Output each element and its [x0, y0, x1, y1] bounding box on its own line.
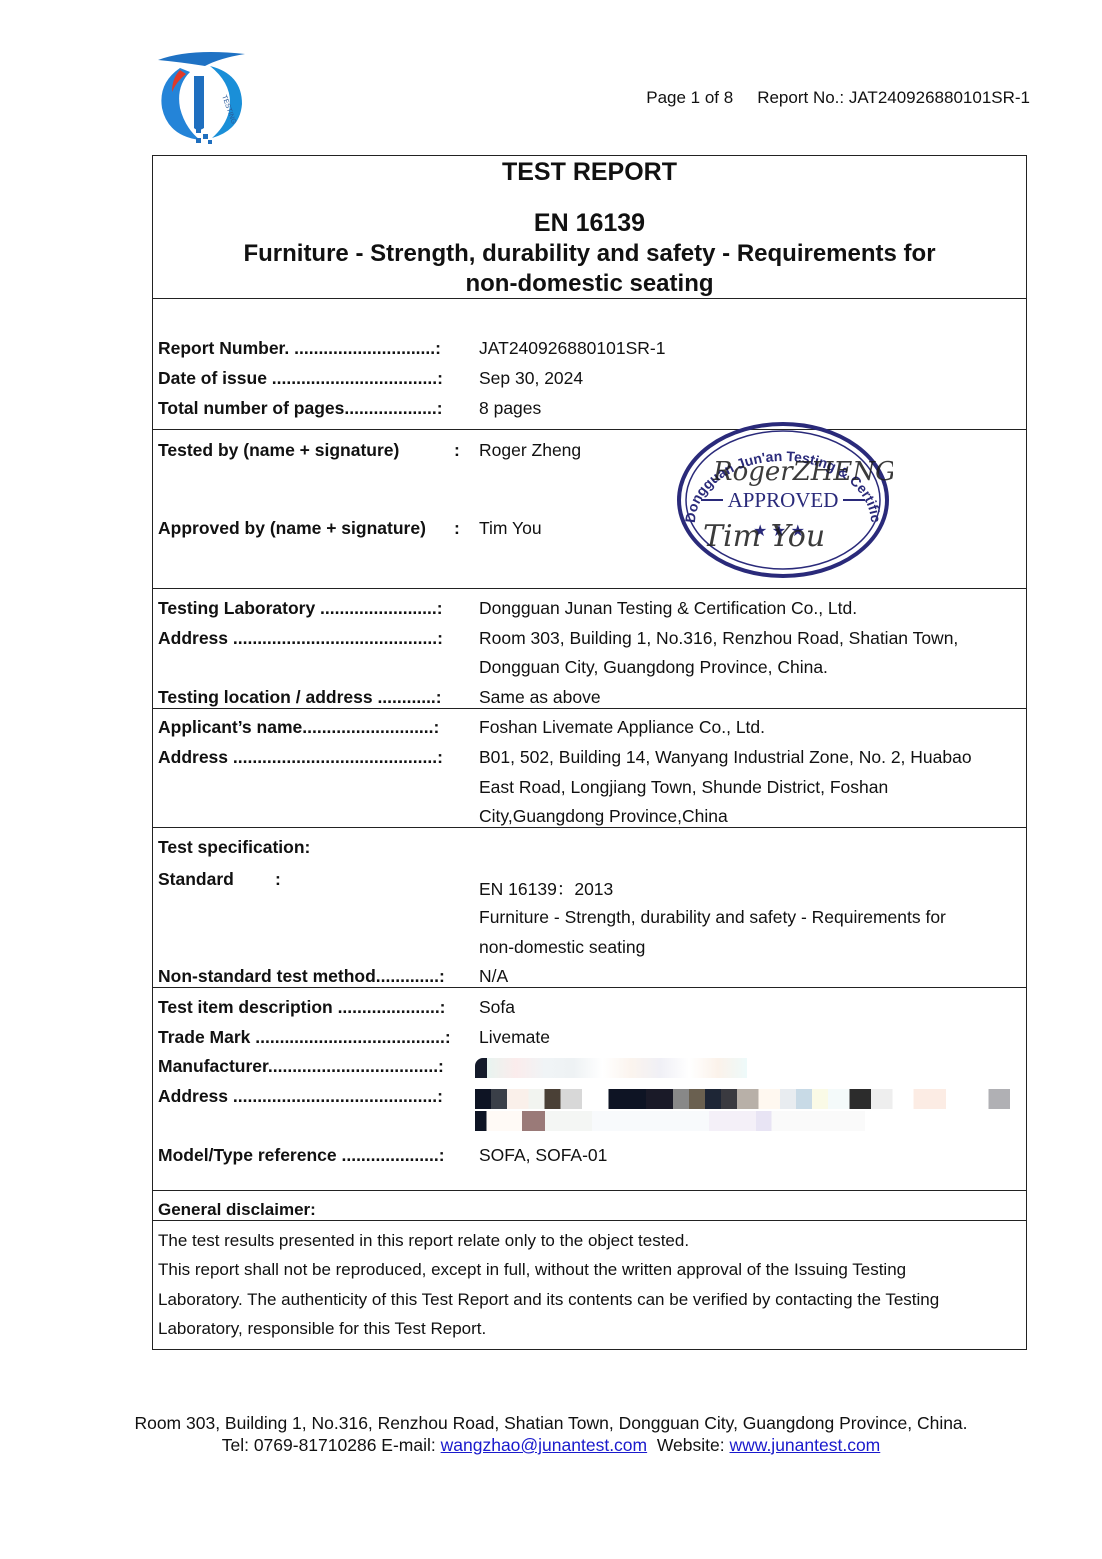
model-label: Model/Type reference ...................… — [158, 1145, 445, 1166]
applicant-address-label: Address ................................… — [158, 747, 443, 768]
approved-by-value: Tim You — [479, 518, 542, 539]
pages-label: Total number of pages...................… — [158, 398, 443, 419]
disclaimer-heading: General disclaimer: — [158, 1200, 316, 1220]
footer-address: Room 303, Building 1, No.316, Renzhou Ro… — [0, 1412, 1102, 1434]
applicant-address-line1: B01, 502, Building 14, Wanyang Industria… — [479, 747, 972, 768]
standard-title: EN 16139 — [153, 209, 1026, 238]
page-header: Page 1 of 8Report No.: JAT240926880101SR… — [646, 88, 1030, 108]
svg-text:APPROVED: APPROVED — [728, 488, 839, 512]
standard-label: Standard — [158, 869, 234, 890]
divider — [153, 827, 1026, 828]
divider — [153, 588, 1026, 589]
disclaimer-line4: Laboratory, responsible for this Test Re… — [158, 1319, 486, 1339]
applicant-label: Applicant’s name........................… — [158, 717, 439, 738]
model-value: SOFA, SOFA-01 — [479, 1145, 607, 1166]
company-logo-icon: TESTING — [150, 48, 255, 148]
location-value: Same as above — [479, 687, 601, 708]
nonstandard-label: Non-standard test method.............: — [158, 966, 445, 987]
footer-tel: Tel: 0769-81710286 E-mail: — [222, 1435, 436, 1455]
colon: : — [454, 440, 460, 461]
svg-text:Tim You: Tim You — [703, 519, 825, 554]
report-number-value: JAT240926880101SR-1 — [479, 338, 665, 359]
tested-by-value: Roger Zheng — [479, 440, 581, 461]
trademark-label: Trade Mark .............................… — [158, 1027, 451, 1048]
website-link[interactable]: www.junantest.com — [730, 1435, 881, 1455]
item-description-label: Test item description ..................… — [158, 997, 446, 1018]
disclaimer-line1: The test results presented in this repor… — [158, 1231, 689, 1251]
standard-subtitle: Furniture - Strength, durability and saf… — [153, 239, 1026, 299]
standard-title-line1: Furniture - Strength, durability and saf… — [479, 907, 946, 928]
email-link[interactable]: wangzhao@junantest.com — [441, 1435, 648, 1455]
applicant-address-line2: East Road, Longjiang Town, Shunde Distri… — [479, 777, 888, 798]
manufacturer-address-label: Address ................................… — [158, 1086, 443, 1107]
colon: : — [275, 869, 281, 890]
location-label: Testing location / address ............: — [158, 687, 442, 708]
specification-heading: Test specification: — [158, 837, 310, 858]
tested-by-label: Tested by (name + signature) — [158, 440, 399, 461]
lab-address-line1: Room 303, Building 1, No.316, Renzhou Ro… — [479, 628, 958, 649]
divider — [153, 429, 1026, 430]
divider — [153, 1190, 1026, 1191]
website-label: Website: — [657, 1435, 725, 1455]
lab-label: Testing Laboratory .....................… — [158, 598, 443, 619]
page-number: Page 1 of 8 — [646, 88, 733, 107]
standard-title-line2: non-domestic seating — [479, 937, 645, 958]
divider — [153, 708, 1026, 709]
disclaimer-line3: Laboratory. The authenticity of this Tes… — [158, 1290, 939, 1310]
svg-text:RogerZHENG: RogerZHENG — [712, 457, 893, 487]
report-title: TEST REPORT — [153, 158, 1026, 187]
approved-by-label: Approved by (name + signature) — [158, 518, 426, 539]
colon: : — [454, 518, 460, 539]
nonstandard-value: N/A — [479, 966, 508, 987]
report-number-label: Report Number. .........................… — [158, 338, 441, 359]
divider — [153, 987, 1026, 988]
manufacturer-label: Manufacturer............................… — [158, 1056, 444, 1077]
applicant-value: Foshan Livemate Appliance Co., Ltd. — [479, 717, 765, 738]
date-label: Date of issue ..........................… — [158, 368, 443, 389]
lab-value: Dongguan Junan Testing & Certification C… — [479, 598, 857, 619]
applicant-address-line3: City,Guangdong Province,China — [479, 806, 728, 827]
page-footer: Room 303, Building 1, No.316, Renzhou Ro… — [0, 1412, 1102, 1456]
approved-stamp-icon: Dongguan Jun'an Testing & Certification … — [673, 418, 893, 583]
report-cover-table: TEST REPORT EN 16139 Furniture - Strengt… — [152, 155, 1027, 1350]
title-block: TEST REPORT EN 16139 Furniture - Strengt… — [153, 156, 1026, 299]
lab-address-line2: Dongguan City, Guangdong Province, China… — [479, 657, 828, 678]
lab-address-label: Address ................................… — [158, 628, 443, 649]
trademark-value: Livemate — [479, 1027, 550, 1048]
item-description-value: Sofa — [479, 997, 515, 1018]
footer-contact: Tel: 0769-81710286 E-mail: wangzhao@juna… — [0, 1434, 1102, 1456]
date-value: Sep 30, 2024 — [479, 368, 583, 389]
standard-code: EN 16139：2013 — [479, 876, 613, 901]
pages-value: 8 pages — [479, 398, 541, 419]
report-number-header: Report No.: JAT240926880101SR-1 — [757, 88, 1030, 107]
disclaimer-line2: This report shall not be reproduced, exc… — [158, 1260, 906, 1280]
divider — [153, 1220, 1026, 1221]
